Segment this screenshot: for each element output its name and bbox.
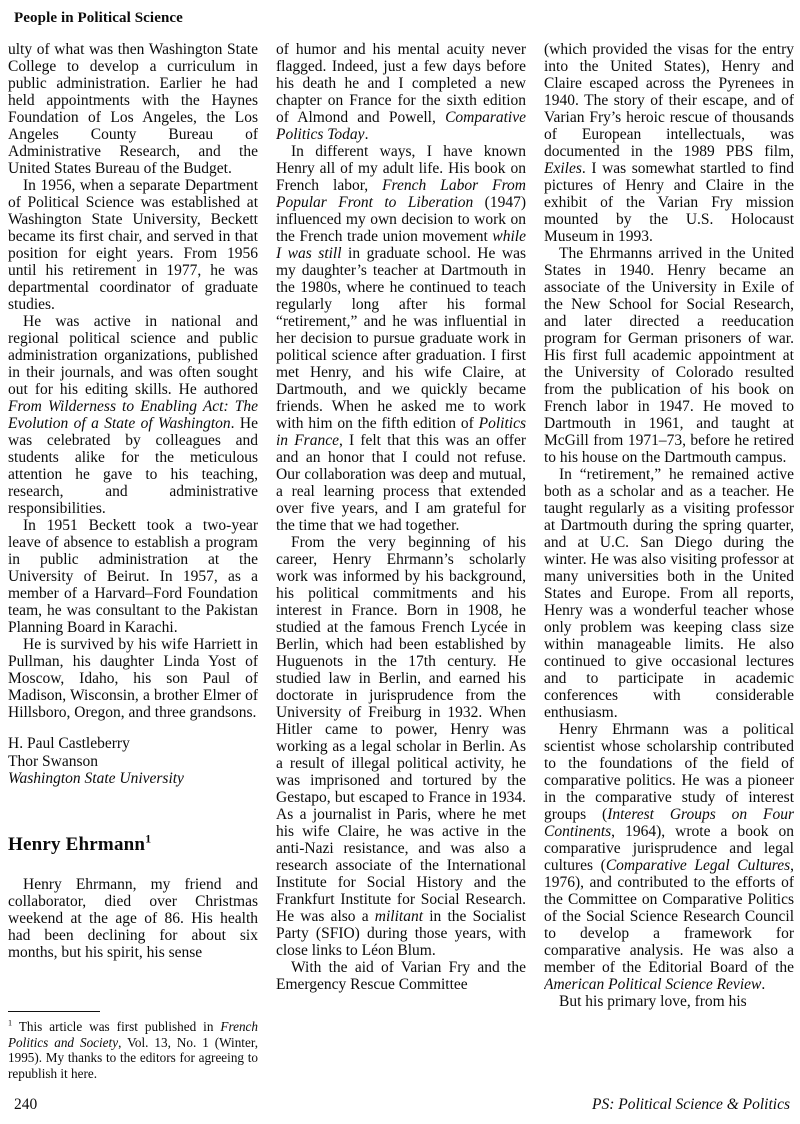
- text-run: ulty of what was then Washington State C…: [8, 41, 258, 177]
- paragraph: With the aid of Varian Fry and the Emerg…: [276, 959, 526, 993]
- column-3: (which provided the visas for the entry …: [544, 41, 794, 1081]
- paragraph: ulty of what was then Washington State C…: [8, 41, 258, 177]
- text-run: In 1951 Beckett took a two-year leave of…: [8, 517, 258, 636]
- paragraph: In “retirement,” he remained active both…: [544, 466, 794, 721]
- text-run: (which provided the visas for the entry …: [544, 41, 794, 160]
- section-heading: Henry Ehrmann1: [8, 834, 258, 856]
- text-run: .: [365, 126, 369, 143]
- italic-text-run: Comparative Legal Cultures: [606, 857, 790, 874]
- text-run: Henry Ehrmann, my friend and collaborato…: [8, 876, 258, 961]
- paragraph: Henry Ehrmann, my friend and collaborato…: [8, 876, 258, 961]
- text-run: From the very beginning of his career, H…: [276, 534, 526, 925]
- text-run: He is survived by his wife Harriett in P…: [8, 636, 258, 721]
- paragraph: In 1951 Beckett took a two-year leave of…: [8, 517, 258, 636]
- paragraph: But his primary love, from his: [544, 993, 794, 1010]
- paragraph: In 1956, when a separate Department of P…: [8, 177, 258, 313]
- paragraph: The Ehrmanns arrived in the United State…: [544, 245, 794, 466]
- paragraph: Henry Ehrmann was a political scientist …: [544, 721, 794, 993]
- text-run: . I was somewhat startled to find pictur…: [544, 160, 794, 245]
- italic-text-run: militant: [375, 908, 423, 925]
- italic-text-run: American Political Science Review: [544, 976, 761, 993]
- journal-title: PS: Political Science & Politics: [592, 1096, 790, 1114]
- page-footer: 240 PS: Political Science & Politics: [14, 1096, 790, 1114]
- paragraph: He was active in national and regional p…: [8, 313, 258, 517]
- signature-line: Thor Swanson: [8, 753, 258, 771]
- paragraph: He is survived by his wife Harriett in P…: [8, 636, 258, 721]
- text-run: , 1976), and contributed to the efforts …: [544, 857, 794, 976]
- signature-line: H. Paul Castleberry: [8, 735, 258, 753]
- superscript: 1: [145, 832, 151, 845]
- running-head: People in Political Science: [0, 0, 800, 27]
- text-run: Henry Ehrmann: [8, 834, 145, 855]
- text-run: In “retirement,” he remained active both…: [544, 466, 794, 721]
- text-run: He was active in national and regional p…: [8, 313, 258, 398]
- text-run: In 1956, when a separate Department of P…: [8, 177, 258, 313]
- footnote: 1 This article was first published in Fr…: [8, 1011, 258, 1081]
- italic-text-run: Exiles: [544, 160, 582, 177]
- column-2: of humor and his mental acuity never fla…: [276, 41, 526, 1081]
- text-run: With the aid of Varian Fry and the Emerg…: [276, 959, 526, 993]
- paragraph: From the very beginning of his career, H…: [276, 534, 526, 959]
- paragraph: of humor and his mental acuity never fla…: [276, 41, 526, 143]
- column-1: ulty of what was then Washington State C…: [8, 41, 258, 1081]
- text-run: .: [761, 976, 765, 993]
- paragraph: In different ways, I have known Henry al…: [276, 143, 526, 534]
- signature-block: H. Paul CastleberryThor SwansonWashingto…: [8, 735, 258, 788]
- journal-page: People in Political Science ulty of what…: [0, 0, 800, 1124]
- text-run: This article was first published in: [12, 1019, 220, 1034]
- text-run: in graduate school. He was my daughter’s…: [276, 245, 526, 432]
- text-run: The Ehrmanns arrived in the United State…: [544, 245, 794, 466]
- signature-line: Washington State University: [8, 770, 258, 788]
- text-columns: ulty of what was then Washington State C…: [0, 41, 800, 1081]
- page-number: 240: [14, 1096, 37, 1114]
- text-run: But his primary love, from his: [559, 993, 747, 1010]
- paragraph: (which provided the visas for the entry …: [544, 41, 794, 245]
- italic-text-run: From Wilderness to Enabling Act: The Evo…: [8, 398, 258, 432]
